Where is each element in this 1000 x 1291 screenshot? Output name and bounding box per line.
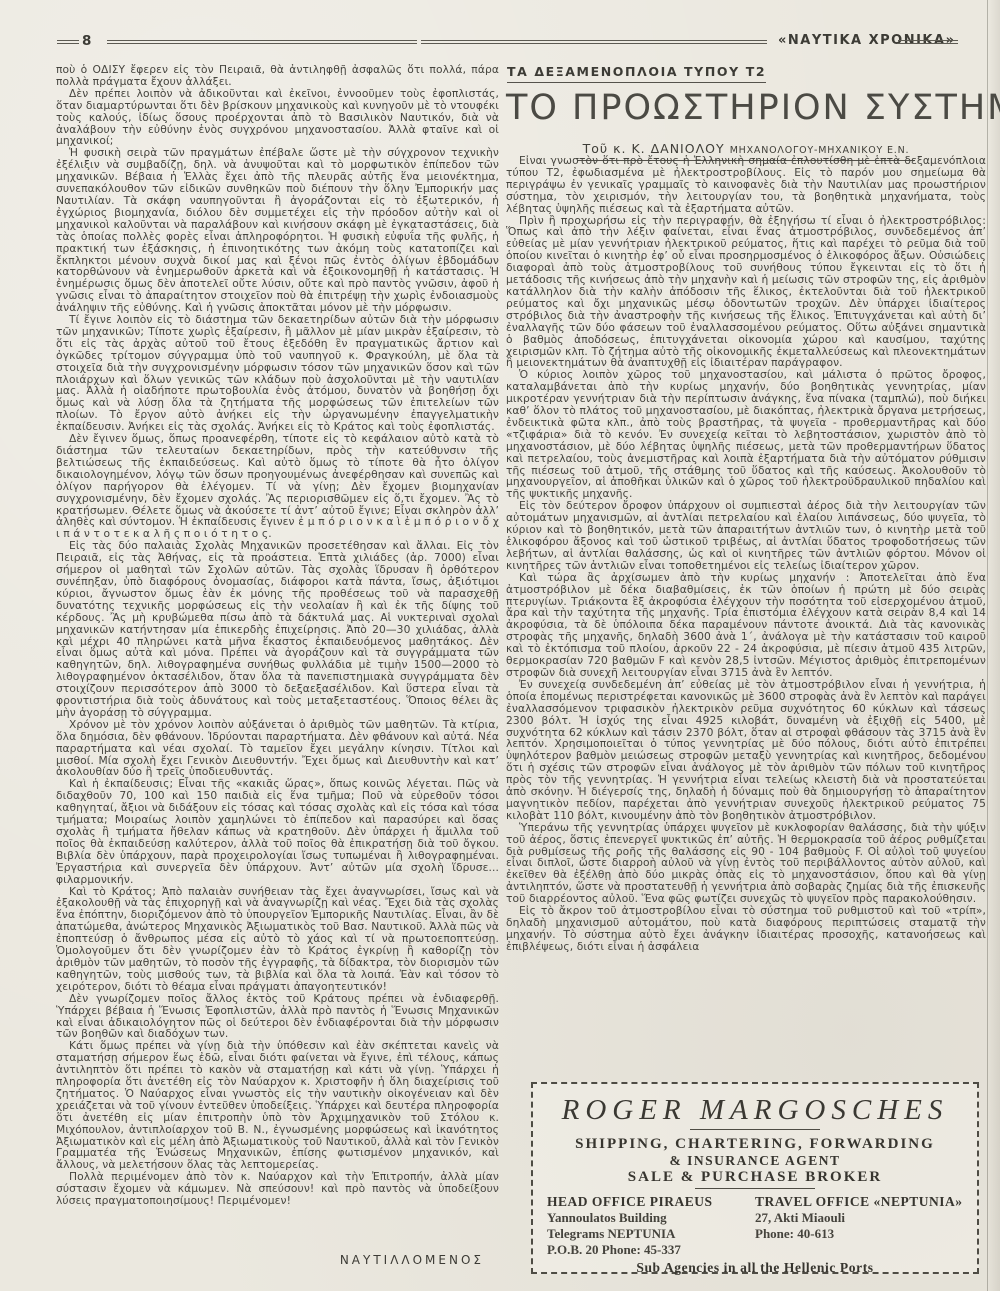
article-body: Εἶναι γνωστὸν ὅτι πρὸ ἔτους ἡ Ἑλληνικὴ σ… <box>506 155 986 1073</box>
body-paragraph: Πρὶν ἢ προχωρήσω εἰς τὴν περιγραφήν, θὰ … <box>506 215 986 370</box>
author-signature: ΝΑΥΤΙΛΛΟΜΕΝΟΣ <box>56 1253 484 1267</box>
body-paragraph: Καὶ τώρα ἂς ἀρχίσωμεν ἀπὸ τὴν κυρίως μηχ… <box>506 572 986 679</box>
ad-services-line2: & INSURANCE AGENT <box>533 1153 977 1169</box>
ad-head-office-building: Yannoulatos Building <box>547 1210 755 1226</box>
body-paragraph: Ἐν συνεχείᾳ συνδεδεμένη ἀπ’ εὐθείας μὲ τ… <box>506 679 986 822</box>
ad-head-office-telegrams: Telegrams NEPTUNIA <box>547 1226 755 1242</box>
byline-author: Τοῦ κ. Κ. ΔΑΝΙΟΛΟΥ <box>583 141 725 156</box>
body-paragraph: Ὁ κύριος λοιπὸν χῶρος τοῦ μηχανοστασίου,… <box>506 369 986 500</box>
body-paragraph: Καὶ τὸ Κράτος; Ἀπὸ παλαιὰν συνήθειαν τὰς… <box>56 886 499 993</box>
ad-footer-note: Sub Agencies in all the Hellenic Ports <box>533 1260 977 1276</box>
header-rule <box>421 40 767 44</box>
ad-rule <box>690 1129 820 1130</box>
page-header: 8 «ΝΑΥΤΙΚΑ ΧΡΟΝΙΚΑ» <box>0 36 1000 52</box>
ad-travel-office-phone: Phone: 40-613 <box>755 1226 963 1242</box>
body-paragraph: Καὶ ἡ ἐκπαίδευσις; Εἶναι τῆς «κακιᾶς ὥρα… <box>56 778 499 885</box>
ad-services-line3: SALE & PURCHASE BROKER <box>533 1169 977 1186</box>
body-paragraph: Δὲν πρέπει λοιπὸν νὰ ἀδικοῦνται καὶ ἐκεῖ… <box>56 88 499 148</box>
ad-head-office-title: HEAD OFFICE PIRAEUS <box>547 1194 755 1210</box>
magazine-page: { "page": { "number": "8", "masthead": "… <box>0 0 1000 1291</box>
page-number: 8 <box>82 33 91 49</box>
body-paragraph: Ὑπεράνω τῆς γεννητρίας ὑπάρχει ψυγεῖον μ… <box>506 822 986 905</box>
body-paragraph: Δὲν γνωρίζομεν ποῖος ἄλλος ἐκτὸς τοῦ Κρά… <box>56 993 499 1041</box>
body-paragraph: Δὲν ἔγινεν ὅμως, ὅπως προανεφέρθη, τίποτ… <box>56 433 499 540</box>
body-paragraph: Τί ἔγινε λοιπὸν εἰς τὸ διάστημα τῶν δεκα… <box>56 314 499 433</box>
body-paragraph: Εἶναι γνωστὸν ὅτι πρὸ ἔτους ἡ Ἑλληνικὴ σ… <box>506 155 986 215</box>
ad-head-office: HEAD OFFICE PIRAEUS Yannoulatos Building… <box>547 1194 755 1258</box>
ad-rule <box>695 1188 815 1189</box>
ad-travel-office-address: 27, Akti Miaouli <box>755 1210 963 1226</box>
body-paragraph: Κάτι ὅμως πρέπει νὰ γίνῃ διὰ τὴν ὑπόθεσι… <box>56 1040 499 1171</box>
ad-services-line1: SHIPPING, CHARTERING, FORWARDING <box>533 1136 977 1153</box>
body-paragraph: Ἡ φυσικὴ σειρὰ τῶν πραγμάτων ἐπέβαλε ὥστ… <box>56 147 499 314</box>
ad-address-block: HEAD OFFICE PIRAEUS Yannoulatos Building… <box>547 1194 963 1258</box>
article-title: ΤΟ ΠΡΟΩΣΤΗΡΙΟΝ ΣΥΣΤΗΜΑ <box>506 88 986 128</box>
article-kicker: ΤΑ ΔΕΞΑΜΕΝΟΠΛΟΙΑ ΤΥΠΟΥ Τ2 <box>507 64 766 83</box>
ad-travel-office: TRAVEL OFFICE «NEPTUNIA» 27, Akti Miaoul… <box>755 1194 963 1258</box>
header-rule <box>898 40 958 44</box>
left-column: ποὺ ὁ ΟΔΙΣΥ ἔφερεν εἰς τὸν Πειραιᾶ, θὰ ἀ… <box>56 64 499 1246</box>
header-rule <box>107 40 417 44</box>
body-paragraph: Πολλὰ περιμένομεν ἀπὸ τὸν κ. Ναύαρχον κα… <box>56 1171 499 1207</box>
ad-travel-office-title: TRAVEL OFFICE «NEPTUNIA» <box>755 1194 963 1210</box>
body-paragraph: Εἰς τὰς δύο παλαιὰς Σχολὰς Μηχανικῶν προ… <box>56 540 499 719</box>
body-paragraph: Χρόνον μὲ τὸν χρόνον λοιπὸν αὐξάνεται ὁ … <box>56 719 499 779</box>
ad-head-office-phone: P.O.B. 20 Phone: 45-337 <box>547 1242 755 1258</box>
page-edge-shade <box>988 0 1000 1291</box>
header-rule <box>57 40 79 44</box>
body-paragraph: ποὺ ὁ ΟΔΙΣΥ ἔφερεν εἰς τὸν Πειραιᾶ, θὰ ἀ… <box>56 64 499 88</box>
ad-company-name: ROGER MARGOSCHES <box>533 1094 977 1127</box>
body-paragraph: Εἰς τὸ ἄκρον τοῦ ἀτμοστροβίλου εἶναι τὸ … <box>506 905 986 953</box>
body-paragraph: Εἰς τὸν δεύτερον ὄροφον ὑπάρχουν οἱ συμπ… <box>506 500 986 571</box>
advertisement-box: ROGER MARGOSCHES SHIPPING, CHARTERING, F… <box>531 1082 979 1274</box>
